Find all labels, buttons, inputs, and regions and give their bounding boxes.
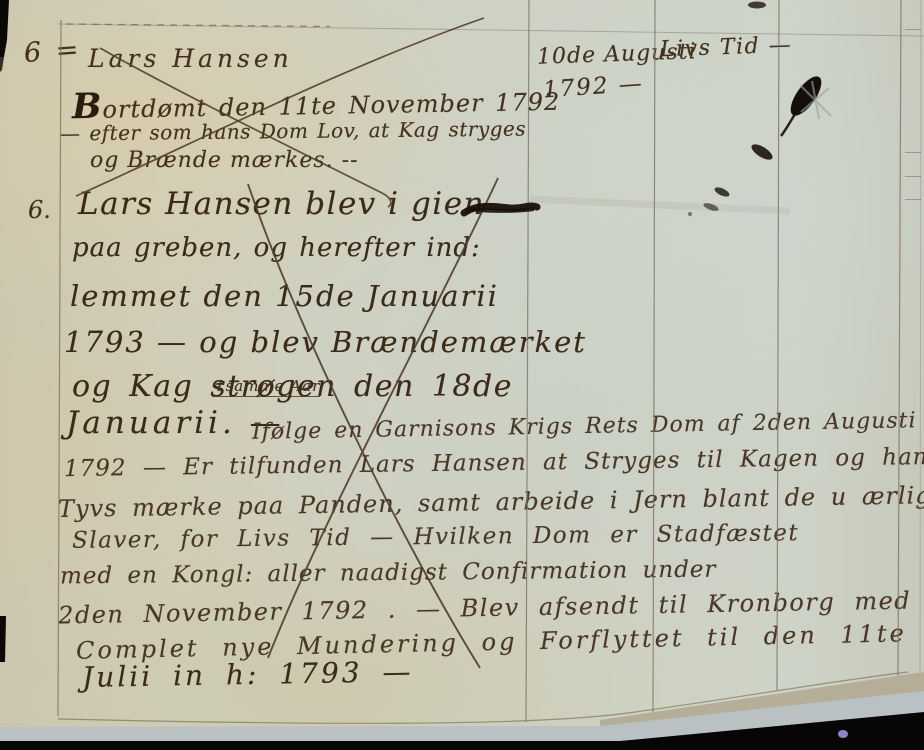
rule-row-horizontal-top-dashed [66, 24, 330, 27]
entry1-line: — efter som hans Dom Lov, at Kag stryges [60, 117, 526, 146]
ink-spatter-dot [713, 185, 730, 198]
page-edge-rule-mark [905, 176, 921, 177]
rule-column-vertical [898, 0, 901, 676]
ink-blot [749, 141, 775, 162]
ink-blot [785, 72, 827, 121]
page-edge-rule-mark [905, 152, 921, 153]
entry2-line: Tyvs mærke paa Panden, samt arbeide i Je… [58, 481, 924, 523]
ink-spatter-dot [702, 201, 719, 212]
ink-spatter-dot [748, 2, 766, 9]
page-under-edge [600, 672, 924, 731]
rule-column-vertical [920, 0, 921, 672]
entry2-line: Lars Hansen blev i gien [78, 186, 485, 222]
ink-spatter-dot [688, 212, 692, 216]
entry2-line: Ifølge en Garnisons Krigs Rets Dom af 2d… [252, 408, 917, 445]
scan-edge-left-mid [0, 616, 6, 662]
rule-column-vertical [777, 0, 779, 690]
entry2-line: Slaver, for Livs Tid — Hvilken Dom er St… [72, 520, 799, 554]
entry2-line: med en Kongl: aller naadigst Confirmatio… [60, 557, 717, 590]
pencil-star-smudge [800, 81, 831, 119]
scan-surface-band [0, 691, 924, 745]
entry2-line: Julii in h: 1793 — [82, 655, 414, 694]
rule-row-horizontal-top [58, 24, 924, 36]
entry1-sentence-term: Livs Tid — [660, 33, 793, 63]
entry2-line: 1792 — Er tilfunden Lars Hansen at Stryg… [64, 444, 924, 482]
entry1-sentence-year: 1792 — [542, 71, 644, 104]
entry2-line: lemmet den 15de Januarii [70, 279, 499, 313]
entry1-line: Lars Hansen [88, 44, 293, 73]
entry1-line: og Brænde mærkes. ‑‑ [90, 148, 359, 173]
ink-blot-tail [781, 114, 795, 136]
entry2-insertion-note: ✝samme Aar [212, 377, 320, 397]
entry2-line: paa greben, og herefter ind: [72, 233, 481, 263]
entry1-number: 6 = [23, 34, 82, 69]
page-edge-rule-mark [905, 29, 921, 30]
smudge-streak [530, 199, 790, 211]
scan-edge-left-top [0, 0, 9, 57]
scan-edge-bottom [0, 712, 924, 750]
scan-edge-left-top [0, 57, 4, 72]
entry2-number: 6. [28, 196, 51, 224]
entry2-line: 1793 — og blev Brændemærket [64, 325, 587, 359]
page-edge-rule-mark [905, 199, 921, 200]
ledger-page: 6 = Lars Hansen Bortdømt den 11te Novemb… [0, 0, 924, 750]
scan-artifact-dot [838, 730, 848, 738]
